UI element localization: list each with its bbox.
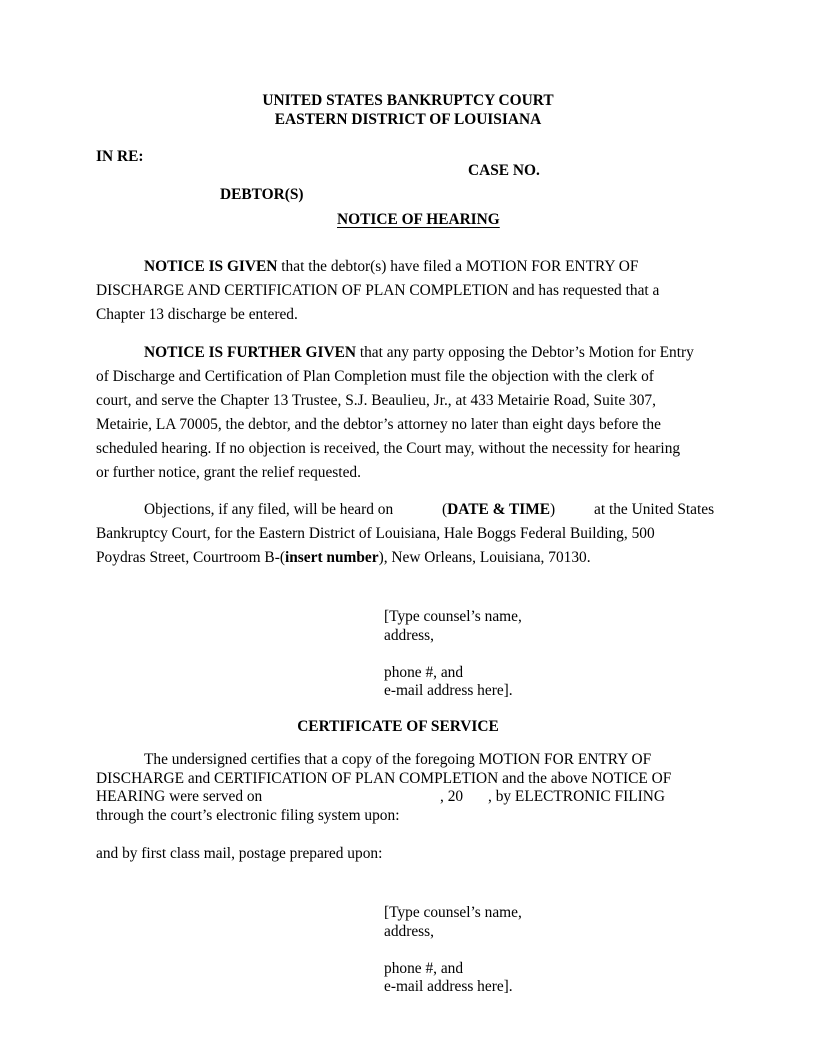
signature-block-1: [Type counsel’s name, address, phone #, … (384, 608, 522, 701)
counsel-address-placeholder: address, (384, 923, 522, 942)
courtroom-number-placeholder: insert number (285, 549, 379, 566)
certificate-text: , by ELECTRONIC FILING (488, 788, 665, 807)
notice-further-given-lead: NOTICE IS FURTHER GIVEN (144, 344, 356, 361)
notice-paragraph-1: NOTICE IS GIVEN that the debtor(s) have … (96, 255, 736, 327)
notice-paragraph-2: NOTICE IS FURTHER GIVEN that any party o… (96, 341, 736, 485)
hearing-text: at the United States (594, 498, 714, 522)
court-name: UNITED STATES BANKRUPTCY COURT (0, 92, 816, 110)
court-district: EASTERN DISTRICT OF LOUISIANA (0, 111, 816, 129)
notice-text: that any party opposing the Debtor’s Mot… (356, 344, 694, 361)
counsel-name-placeholder: [Type counsel’s name, (384, 608, 522, 627)
notice-text: Chapter 13 discharge be entered. (96, 303, 736, 327)
notice-text: DISCHARGE AND CERTIFICATION OF PLAN COMP… (96, 279, 736, 303)
notice-text: scheduled hearing. If no objection is re… (96, 437, 736, 461)
notice-text: of Discharge and Certification of Plan C… (96, 365, 736, 389)
notice-text: or further notice, grant the relief requ… (96, 461, 736, 485)
notice-text: that the debtor(s) have filed a MOTION F… (277, 258, 638, 275)
certificate-text: DISCHARGE and CERTIFICATION OF PLAN COMP… (96, 770, 736, 789)
case-number-label: CASE NO. (468, 162, 540, 180)
debtors-label: DEBTOR(S) (220, 186, 304, 204)
notice-text: Metairie, LA 70005, the debtor, and the … (96, 413, 736, 437)
counsel-phone-placeholder: phone #, and (384, 960, 522, 979)
counsel-email-placeholder: e-mail address here]. (384, 978, 522, 997)
certificate-text: The undersigned certifies that a copy of… (96, 751, 736, 770)
hearing-text: Bankruptcy Court, for the Eastern Distri… (96, 522, 736, 546)
hearing-location: Poydras Street, Courtroom B-(insert numb… (96, 546, 736, 570)
certificate-text: through the court’s electronic filing sy… (96, 807, 736, 826)
counsel-phone-placeholder: phone #, and (384, 664, 522, 683)
in-re-label: IN RE: (96, 148, 143, 166)
hearing-paragraph: Objections, if any filed, will be heard … (96, 498, 736, 570)
counsel-address-placeholder: address, (384, 627, 522, 646)
hearing-text: Objections, if any filed, will be heard … (144, 498, 393, 522)
certificate-paragraph: The undersigned certifies that a copy of… (96, 751, 736, 825)
counsel-email-placeholder: e-mail address here]. (384, 682, 522, 701)
counsel-name-placeholder: [Type counsel’s name, (384, 904, 522, 923)
signature-block-2: [Type counsel’s name, address, phone #, … (384, 904, 522, 997)
notice-title: NOTICE OF HEARING (337, 211, 500, 229)
certificate-text: HEARING were served on (96, 788, 262, 807)
notice-text: court, and serve the Chapter 13 Trustee,… (96, 389, 736, 413)
hearing-date-time-placeholder: (DATE & TIME) (442, 498, 555, 522)
certificate-title: CERTIFICATE OF SERVICE (0, 718, 796, 736)
notice-given-lead: NOTICE IS GIVEN (144, 258, 277, 275)
service-year-prefix: , 20 (440, 788, 463, 807)
mail-service-text: and by first class mail, postage prepare… (96, 845, 382, 863)
